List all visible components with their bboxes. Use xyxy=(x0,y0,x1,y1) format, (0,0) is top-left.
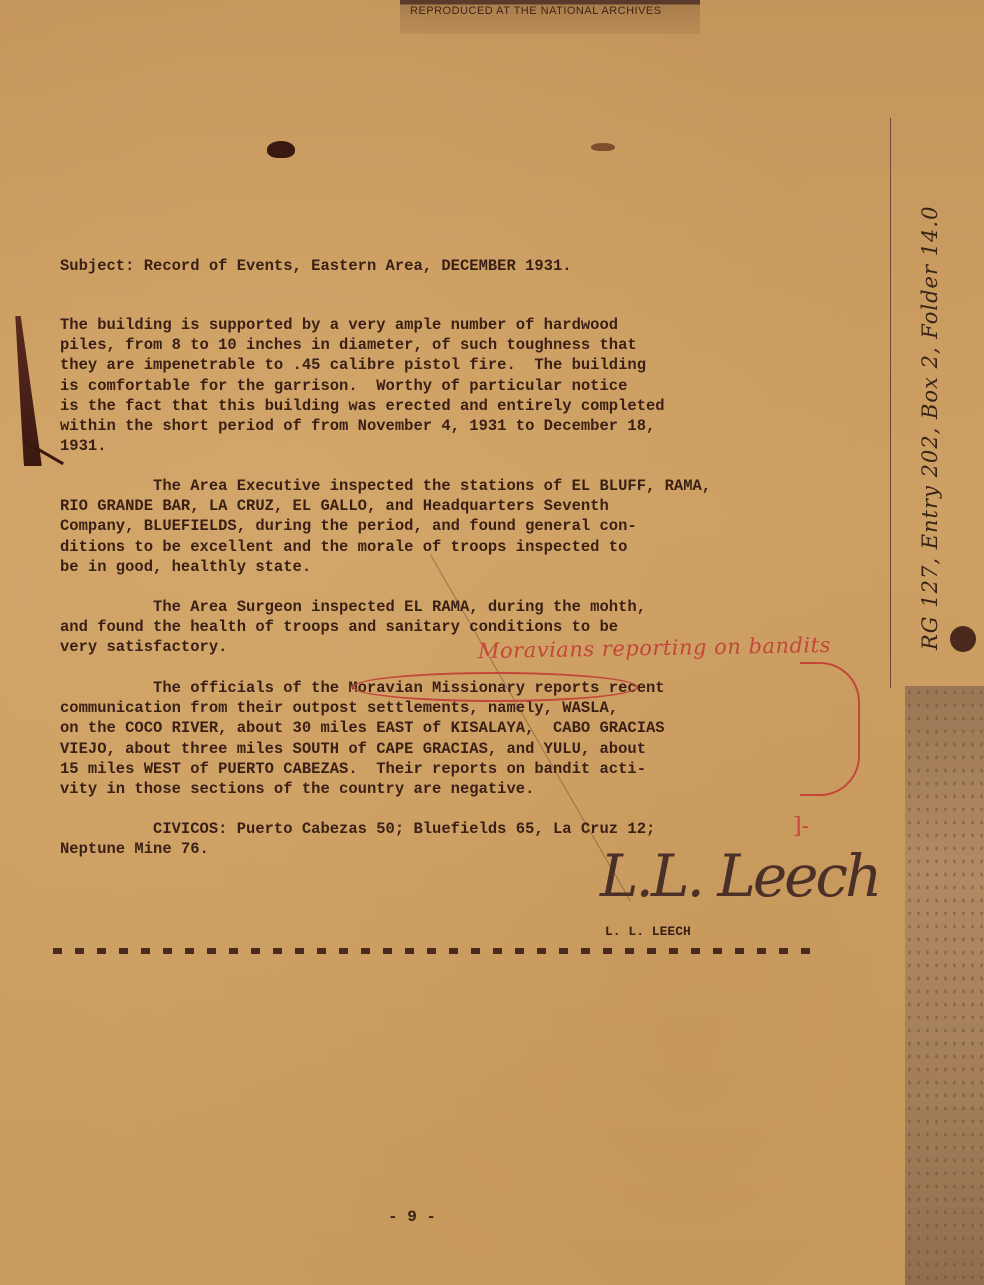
page-number: - 9 - xyxy=(388,1208,436,1226)
archival-reference-note: RG 127, Entry 202, Box 2, Folder 14.0 xyxy=(918,206,942,650)
punch-hole-icon xyxy=(950,626,976,652)
punch-hole-icon xyxy=(267,141,295,158)
typed-signature: L. L. LEECH xyxy=(605,924,691,939)
red-handwritten-note: Moravians reporting on bandits xyxy=(478,633,831,663)
margin-rule xyxy=(890,118,891,688)
red-bracket-annotation xyxy=(800,662,860,796)
subject-line: Subject: Record of Events, Eastern Area,… xyxy=(60,256,572,276)
archive-stamp-text: REPRODUCED AT THE NATIONAL ARCHIVES xyxy=(410,5,662,17)
handwritten-signature: L.L. Leech xyxy=(600,842,879,910)
dashed-divider xyxy=(53,948,813,954)
paragraph-area-executive: The Area Executive inspected the station… xyxy=(60,476,711,577)
document-page: REPRODUCED AT THE NATIONAL ARCHIVES RG 1… xyxy=(0,0,984,1285)
punch-hole-icon xyxy=(591,143,615,151)
red-circle-annotation xyxy=(352,672,638,702)
paragraph-civicos: CIVICOS: Puerto Cabezas 50; Bluefields 6… xyxy=(60,819,655,859)
paragraph-building: The building is supported by a very ampl… xyxy=(60,315,665,456)
red-bracket-mark: ]- xyxy=(793,814,809,839)
page-edge-shadow xyxy=(905,686,984,1285)
